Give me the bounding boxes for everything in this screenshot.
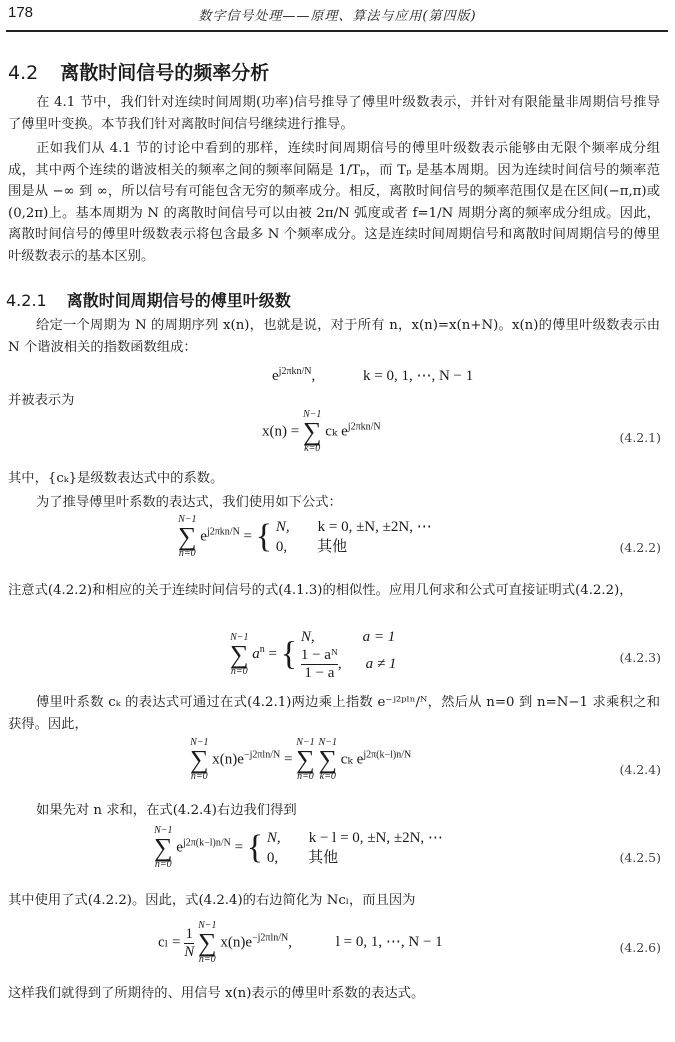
equation-number: (4.2.2) xyxy=(619,540,661,555)
paragraph-1: 在 4.1 节中，我们针对连续时间周期(功率)信号推导了傅里叶级数表示，并针对有… xyxy=(8,92,660,135)
equation-4-2-6: cₗ = 1N N−1∑n=0 x(n)e−j2πln/N, l = 0, 1,… xyxy=(158,921,443,965)
equation-4-2-1: x(n) = N−1∑k=0 cₖ ej2πkn/N xyxy=(262,410,381,454)
paragraph-3: 给定一个周期为 N 的周期序列 x(n)，也就是说，对于所有 n，x(n)=x(… xyxy=(8,315,660,358)
equation-4-2-4: N−1∑n=0 x(n)e−j2πln/N = N−1∑n=0 N−1∑k=0 … xyxy=(190,738,411,782)
equation-number: (4.2.5) xyxy=(619,850,661,865)
equation-number: (4.2.3) xyxy=(619,650,661,665)
summation-icon: N−1∑n=0 xyxy=(154,826,173,870)
paragraph-4: 并被表示为 xyxy=(8,390,660,412)
subsection-title: 离散时间周期信号的傅里叶级数 xyxy=(67,291,291,310)
paragraph-10: 其中使用了式(4.2.2)。因此，式(4.2.4)的右边简化为 Ncₗ，而且因为 xyxy=(8,890,660,912)
header-rule xyxy=(6,30,668,32)
summation-icon: N−1∑n=0 xyxy=(296,738,315,782)
section-title: 离散时间信号的频率分析 xyxy=(60,62,269,84)
equation-number: (4.2.6) xyxy=(619,940,661,955)
equation-number: (4.2.4) xyxy=(619,762,661,777)
equation-4-2-3: N−1∑n=0 an = { N,a = 11 − aᴺ1 − a,a ≠ 1 xyxy=(230,627,396,682)
paragraph-2: 正如我们从 4.1 节的讨论中看到的那样，连续时间周期信号的傅里叶级数表示能够由… xyxy=(8,138,660,268)
subsection-number: 4.2.1 xyxy=(6,291,47,310)
summation-icon: N−1∑k=0 xyxy=(303,410,322,454)
paragraph-11: 这样我们就得到了所期待的、用信号 x(n)表示的傅里叶系数的表达式。 xyxy=(8,983,660,1005)
paragraph-5: 其中，{cₖ}是级数表达式中的系数。 xyxy=(8,468,660,490)
equation-4-2-2: N−1∑n=0 ej2πkn/N = { N,k = 0, ±N, ±2N, ⋯… xyxy=(178,515,432,559)
section-number: 4.2 xyxy=(8,62,38,84)
equation-number: (4.2.1) xyxy=(619,430,661,445)
summation-icon: N−1∑k=0 xyxy=(318,738,337,782)
section-heading: 4.2离散时间信号的频率分析 xyxy=(8,58,269,85)
equation-4-2-5: N−1∑n=0 ej2π(k−l)n/N = { N,k − l = 0, ±N… xyxy=(154,826,443,870)
summation-icon: N−1∑n=0 xyxy=(230,633,249,677)
paragraph-7: 注意式(4.2.2)和相应的关于连续时间信号的式(4.1.3)的相似性。应用几何… xyxy=(8,580,660,602)
basis-equation: ej2πkn/N, k = 0, 1, ⋯, N − 1 xyxy=(272,366,473,385)
paragraph-8: 傅里叶系数 cₖ 的表达式可通过在式(4.2.1)两边乘上指数 e⁻ʲ²ᵖˡⁿ/… xyxy=(8,692,660,735)
paragraph-9: 如果先对 n 求和，在式(4.2.4)右边我们得到 xyxy=(8,800,660,822)
summation-icon: N−1∑n=0 xyxy=(198,921,217,965)
running-title: 数字信号处理——原理、算法与应用(第四版) xyxy=(0,5,675,24)
paragraph-6: 为了推导傅里叶系数的表达式，我们使用如下公式： xyxy=(8,492,660,514)
summation-icon: N−1∑n=0 xyxy=(178,515,197,559)
subsection-heading: 4.2.1离散时间周期信号的傅里叶级数 xyxy=(6,288,291,311)
summation-icon: N−1∑n=0 xyxy=(190,738,209,782)
page-header: 178 数字信号处理——原理、算法与应用(第四版) xyxy=(0,0,675,34)
